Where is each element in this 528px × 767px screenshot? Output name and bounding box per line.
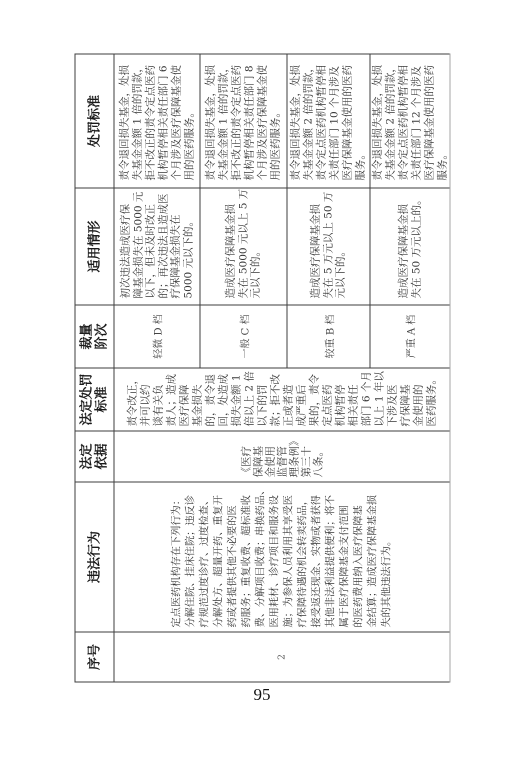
penalty-text: 责令退回损失基金，处损失基金金额 2 倍的罚款，责令定点医药机构暂停相关责任部门… [289,54,367,187]
text-line: 损失金额 1 [230,371,243,426]
penalty-text: 责令退回损失基金，处损失基金金额 2 倍的罚款，责令定点医药机构暂停相关责任部门… [371,54,449,187]
text-line: 果的，责令 [308,371,321,426]
penalty-standard-cell: 责令退回损失基金，处损失基金金额 1 倍的罚款，拒不改正的责令定点医药机构暂停相… [114,54,200,188]
text-line: 责令退回损失基金，处损 [289,58,302,180]
text-line: 个月涉及医疗保障基金使 [256,58,269,180]
text-line: 分解住院、挂床住院；违反诊 [184,485,198,627]
text-line: 以下的罚 [256,371,269,426]
text-line: 的，责令退 [204,371,217,426]
text-line: 疗保障待遇的机会转卖药品， [296,485,310,627]
text-line: 责令退回损失基金，处损 [371,58,384,180]
text-line: 责令改正， [126,371,139,426]
document-page: 序号 违法行为 法定依据 法定处罚标准 裁量阶次 适用情形 处罚标准 2 定点医… [0,0,528,767]
text-line: 医疗保障基金使用的医药 [341,58,354,180]
page-number: 95 [232,685,292,705]
text-line: 拒不改正的责令定点医药 [144,58,157,180]
text-line: 疗规范过度诊疗、过度检查、 [198,485,212,627]
text-line: 以上 1 年以 [373,371,386,426]
text-line: 医疗保障基金使用的医药 [423,58,436,180]
discretion-level-cell: 较重 B 档 [287,305,370,368]
text-line: 裁量 [79,305,94,367]
text-line: 初次违法造成医疗保 [119,191,132,298]
text-line: 违法行为 [87,482,102,631]
violation-cell: 定点医药机构存在下列行为：分解住院、挂床住院；违反诊疗规范过度诊疗、过度检查、分… [114,482,450,632]
text-line: 并可以约 [139,371,152,426]
text-line: 金使用的 [412,371,425,426]
penalty-discretion-table: 序号 违法行为 法定依据 法定处罚标准 裁量阶次 适用情形 处罚标准 2 定点医… [74,53,450,682]
text-line: 机构暂停相关责任部门 6 [157,58,170,180]
text-line: 造成医疗保障基金损 [224,191,237,298]
statutory-penalty-text: 责令改正，并可以约谈有关负责人；造成医疗保障基金损失的，责令退回，处造成损失金额… [126,368,438,430]
text-line: 谈有关负 [152,371,165,426]
table-header-row: 序号 违法行为 法定依据 法定处罚标准 裁量阶次 适用情形 处罚标准 [75,54,114,682]
text-line: 回，处造成 [217,371,230,426]
rotated-table-wrapper: 序号 违法行为 法定依据 法定处罚标准 裁量阶次 适用情形 处罚标准 2 定点医… [74,54,449,682]
text-line: 用的医药服务。 [269,58,282,180]
text-line: 责人；造成 [165,371,178,426]
text-line: 医疗保障 [178,371,191,426]
text-line: 失的其他违法行为。 [380,485,394,627]
penalty-standard-cell: 责令退回损失基金，处损失基金金额 1 倍的罚款，拒不改正的责令定点医药机构暂停相… [200,54,287,188]
text-line: 的医药费用纳入医疗保障基 [352,485,366,627]
applicable-situation-cell: 造成医疗保障基金损失在 5 万元以上 50 万元以下的。 [287,188,370,305]
text-line: 下涉及医 [386,371,399,426]
header-discretion-level: 裁量阶次 [75,305,114,368]
text-line: 保障基 [252,435,264,477]
header-label: 处罚标准 [87,54,102,187]
header-statutory-penalty: 法定处罚标准 [75,368,114,431]
table-row: 2 定点医药机构存在下列行为：分解住院、挂床住院；违反诊疗规范过度诊疗、过度检查… [114,54,200,682]
header-label: 法定处罚标准 [79,368,109,430]
text-line: 药或者提供其他不必要的医 [226,485,240,627]
violation-text: 定点医药机构存在下列行为：分解住院、挂床住院；违反诊疗规范过度诊疗、过度检查、分… [170,482,394,631]
legal-basis-text: 《医疗保障基金使用监督管理条例》第三十八条。 [240,431,324,481]
text-line: 元以下的。 [249,191,262,298]
text-line: 施；为参保人员利用其享受医 [282,485,296,627]
text-line: 服务。 [436,58,449,180]
situation-text: 造成医疗保障基金损失在 5000 元以上 5 万元以下的。 [224,188,262,304]
text-line: 依据 [94,431,109,481]
text-line: 分解处方、超量开药、重复开 [212,485,226,627]
text-line: 失在 5000 元以上 5 万 [237,191,250,298]
text-line: 款；拒不改 [269,371,282,426]
penalty-text: 责令退回损失基金，处损失基金金额 1 倍的罚款，拒不改正的责令定点医药机构暂停相… [204,54,282,187]
text-line: 失基金金额 2 倍的罚款， [302,58,315,180]
header-label: 适用情形 [87,188,102,304]
text-line: 第三十 [300,435,312,477]
text-line: 造成医疗保障基金损 [309,191,322,298]
penalty-standard-cell: 责令退回损失基金，处损失基金金额 2 倍的罚款，责令定点医药机构暂停相关责任部门… [287,54,370,188]
text-line: 理条例》 [288,435,300,477]
header-violation: 违法行为 [75,482,114,632]
text-line: 机构暂停 [334,371,347,426]
text-line: 拒不改正的责令定点医药 [230,58,243,180]
text-line: 元以下的。 [334,191,347,298]
discretion-level-cell: 严重 A 档 [370,305,450,368]
text-line: 关责任部门 10 个月涉及 [328,58,341,180]
text-line: 其他非法利益提供便利；将不 [324,485,338,627]
applicable-situation-cell: 造成医疗保障基金损失在 5000 元以上 5 万元以下的。 [200,188,287,305]
text-line: 机构暂停相关责任部门 8 [243,58,256,180]
text-line: 标准 [94,368,109,430]
text-line: 责令退回损失基金，处损 [118,58,131,180]
text-line: 失在 5 万元以上 50 万 [322,191,335,298]
text-line: 法定 [79,431,94,481]
text-line: 部门 6 个月 [360,371,373,426]
header-applicable-situation: 适用情形 [75,188,114,305]
text-line: 疗保障基 [399,371,412,426]
text-line: 医药服务。 [425,371,438,426]
text-line: 关责任部门 12 个月涉及 [410,58,423,180]
text-line: 失基金金额 1 倍的罚款， [217,58,230,180]
text-line: 疗保障基金损失在 [169,191,182,298]
text-line: 费、分解项目收费；串换药品、 [254,485,268,627]
text-line: 失在 50 万元以上的。 [410,191,423,298]
text-line: 的；再次违法且造成医 [157,191,170,298]
header-label: 法定依据 [79,431,109,481]
text-line: 适用情形 [87,188,102,304]
text-line: 责令定点医药机构暂停相 [315,58,328,180]
text-line: 阶次 [94,305,109,367]
text-line: 序号 [87,632,102,681]
text-line: 用的医药服务。 [183,58,196,180]
statutory-penalty-cell: 责令改正，并可以约谈有关负责人；造成医疗保障基金损失的，责令退回，处造成损失金额… [114,368,450,431]
text-line: 5000 元以下的。 [182,191,195,298]
text-line: 责令退回损失基金，处损 [204,58,217,180]
penalty-text: 责令退回损失基金，处损失基金金额 1 倍的罚款，拒不改正的责令定点医药机构暂停相… [118,54,196,187]
text-line: 正或者造 [282,371,295,426]
discretion-level-cell: 轻微 D 档 [114,305,200,368]
discretion-level-cell: 一般 C 档 [200,305,287,368]
text-line: 倍以上 2 倍 [243,371,256,426]
header-legal-basis: 法定依据 [75,431,114,482]
serial-no-cell: 2 [114,632,450,682]
text-line: 基金损失 [191,371,204,426]
text-line: 金结算；造成医疗保障基金损 [366,485,380,627]
header-label: 序号 [87,632,102,681]
text-line: 以下，但未及时改正 [144,191,157,298]
text-line: 《医疗 [240,435,252,477]
text-line: 接受返还现金、实物或者获得 [310,485,324,627]
text-line: 定点医药 [321,371,334,426]
text-line: 个月涉及医疗保障基金使 [170,58,183,180]
text-line: 相关责任 [347,371,360,426]
text-line: 法定处罚 [79,368,94,430]
text-line: 药服务；重复收费、超标准收 [240,485,254,627]
header-label: 违法行为 [87,482,102,631]
text-line: 造成医疗保障基金损 [397,191,410,298]
header-label: 裁量阶次 [79,305,109,367]
text-line: 处罚标准 [87,54,102,187]
text-line: 失基金金额 2 倍的罚款， [384,58,397,180]
situation-text: 造成医疗保障基金损失在 50 万元以上的。 [397,188,422,304]
text-line: 金使用 [264,435,276,477]
applicable-situation-cell: 造成医疗保障基金损失在 50 万元以上的。 [370,188,450,305]
text-line: 失基金金额 1 倍的罚款， [131,58,144,180]
text-line: 成严重后 [295,371,308,426]
penalty-standard-cell: 责令退回损失基金，处损失基金金额 2 倍的罚款，责令定点医药机构暂停相关责任部门… [370,54,450,188]
text-line: 障基金损失在 5000 元 [132,191,145,298]
applicable-situation-cell: 初次违法造成医疗保障基金损失在 5000 元以下，但未及时改正的；再次违法且造成… [114,188,200,305]
text-line: 监督管 [276,435,288,477]
text-line: 责令定点医药机构暂停相 [397,58,410,180]
header-serial-no: 序号 [75,632,114,682]
header-penalty-standard: 处罚标准 [75,54,114,188]
text-line: 八条。 [312,435,324,477]
text-line: 服务。 [354,58,367,180]
legal-basis-cell: 《医疗保障基金使用监督管理条例》第三十八条。 [114,431,450,482]
text-line: 定点医药机构存在下列行为： [170,485,184,627]
situation-text: 初次违法造成医疗保障基金损失在 5000 元以下，但未及时改正的；再次违法且造成… [119,188,194,304]
text-line: 属于医疗保障基金支付范围 [338,485,352,627]
text-line: 医用耗材、诊疗项目和服务设 [268,485,282,627]
situation-text: 造成医疗保障基金损失在 5 万元以上 50 万元以下的。 [309,188,347,304]
